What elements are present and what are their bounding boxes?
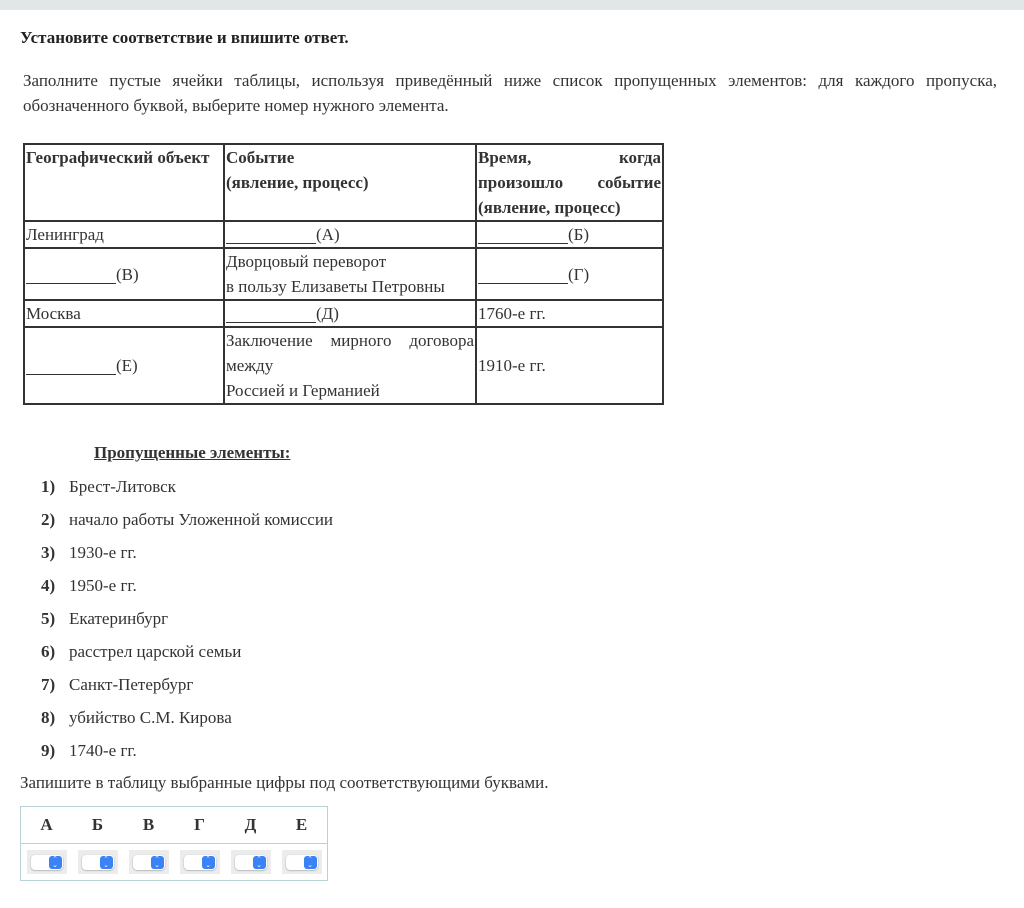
cell-event: Заключение мирного договора между Россие… <box>224 327 476 404</box>
matching-table: Географический объект Событие (явление, … <box>23 143 664 405</box>
list-item-number: 4) <box>41 576 69 596</box>
chevron-up-down-icon: ⌃⌄ <box>100 856 113 869</box>
header-object: Географический объект <box>24 144 224 221</box>
list-item-text: 1950-е гг. <box>69 576 137 595</box>
answer-cell: ⌃⌄ <box>21 844 73 881</box>
list-item: 8)убийство С.М. Кирова <box>41 708 333 741</box>
cell-event-blank: (Д) <box>224 300 476 327</box>
cell-object-blank: (Е) <box>24 327 224 404</box>
answer-select[interactable]: ⌃⌄ <box>129 850 169 874</box>
answer-select[interactable]: ⌃⌄ <box>78 850 118 874</box>
list-item: 9)1740-е гг. <box>41 741 333 774</box>
list-item-number: 3) <box>41 543 69 563</box>
cell-event: Дворцовый переворот в пользу Елизаветы П… <box>224 248 476 300</box>
answer-cell: ⌃⌄ <box>72 844 123 881</box>
list-item: 3)1930-е гг. <box>41 543 333 576</box>
answer-select[interactable]: ⌃⌄ <box>27 850 67 874</box>
list-item: 4)1950-е гг. <box>41 576 333 609</box>
answer-cell: ⌃⌄ <box>174 844 225 881</box>
select-box[interactable]: ⌃⌄ <box>133 855 165 870</box>
chevron-up-down-icon: ⌃⌄ <box>49 856 62 869</box>
answer-note: Запишите в таблицу выбранные цифры под с… <box>20 773 549 793</box>
list-item: 6)расстрел царской семьи <box>41 642 333 675</box>
list-item: 1)Брест-Литовск <box>41 477 333 510</box>
cell-object-blank: (В) <box>24 248 224 300</box>
answer-cell: ⌃⌄ <box>276 844 328 881</box>
select-box[interactable]: ⌃⌄ <box>184 855 216 870</box>
answer-select[interactable]: ⌃⌄ <box>231 850 271 874</box>
list-item-number: 2) <box>41 510 69 530</box>
task-title: Установите соответствие и впишите ответ. <box>20 28 349 48</box>
top-bar <box>0 0 1024 10</box>
cell-time-blank: (Г) <box>476 248 663 300</box>
list-item-text: 1930-е гг. <box>69 543 137 562</box>
answer-table: АБВГДЕ ⌃⌄⌃⌄⌃⌄⌃⌄⌃⌄⌃⌄ <box>20 806 328 881</box>
task-instruction: Заполните пустые ячейки таблицы, использ… <box>23 68 997 118</box>
answer-select[interactable]: ⌃⌄ <box>180 850 220 874</box>
list-item: 2)начало работы Уложенной комиссии <box>41 510 333 543</box>
answer-cell: ⌃⌄ <box>123 844 174 881</box>
list-item: 5)Екатеринбург <box>41 609 333 642</box>
chevron-up-down-icon: ⌃⌄ <box>304 856 317 869</box>
answer-letter-5: Д <box>225 807 276 844</box>
answer-letter-3: В <box>123 807 174 844</box>
select-box[interactable]: ⌃⌄ <box>31 855 63 870</box>
answer-selects-row: ⌃⌄⌃⌄⌃⌄⌃⌄⌃⌄⌃⌄ <box>21 844 328 881</box>
table-row: Ленинград (А) (Б) <box>24 221 663 248</box>
cell-object: Ленинград <box>24 221 224 248</box>
chevron-up-down-icon: ⌃⌄ <box>151 856 164 869</box>
answer-letter-4: Г <box>174 807 225 844</box>
select-box[interactable]: ⌃⌄ <box>82 855 114 870</box>
answer-letter-1: А <box>21 807 73 844</box>
chevron-up-down-icon: ⌃⌄ <box>202 856 215 869</box>
list-item-text: Санкт-Петербург <box>69 675 193 694</box>
cell-time: 1760-е гг. <box>476 300 663 327</box>
list-item-number: 6) <box>41 642 69 662</box>
table-row: (Е) Заключение мирного договора между Ро… <box>24 327 663 404</box>
select-box[interactable]: ⌃⌄ <box>235 855 267 870</box>
table-row: Москва (Д) 1760-е гг. <box>24 300 663 327</box>
list-item-text: Брест-Литовск <box>69 477 176 496</box>
select-box[interactable]: ⌃⌄ <box>286 855 318 870</box>
list-item-text: Екатеринбург <box>69 609 168 628</box>
header-time: Время,когда произошлособытие (явление, п… <box>476 144 663 221</box>
missing-elements-title: Пропущенные элементы: <box>94 443 290 463</box>
list-item-text: 1740-е гг. <box>69 741 137 760</box>
answer-cell: ⌃⌄ <box>225 844 276 881</box>
answer-select[interactable]: ⌃⌄ <box>282 850 322 874</box>
table-header-row: Географический объект Событие (явление, … <box>24 144 663 221</box>
list-item-text: расстрел царской семьи <box>69 642 241 661</box>
list-item-number: 1) <box>41 477 69 497</box>
list-item-text: начало работы Уложенной комиссии <box>69 510 333 529</box>
list-item-number: 8) <box>41 708 69 728</box>
list-item-number: 5) <box>41 609 69 629</box>
cell-object: Москва <box>24 300 224 327</box>
list-item-number: 9) <box>41 741 69 761</box>
header-event: Событие (явление, процесс) <box>224 144 476 221</box>
answer-letters-row: АБВГДЕ <box>21 807 328 844</box>
cell-time-blank: (Б) <box>476 221 663 248</box>
answer-letter-2: Б <box>72 807 123 844</box>
list-item-text: убийство С.М. Кирова <box>69 708 232 727</box>
missing-elements-list: 1)Брест-Литовск2)начало работы Уложенной… <box>41 477 333 774</box>
table-row: (В) Дворцовый переворот в пользу Елизаве… <box>24 248 663 300</box>
chevron-up-down-icon: ⌃⌄ <box>253 856 266 869</box>
cell-time: 1910-е гг. <box>476 327 663 404</box>
answer-letter-6: Е <box>276 807 328 844</box>
cell-event-blank: (А) <box>224 221 476 248</box>
list-item: 7)Санкт-Петербург <box>41 675 333 708</box>
list-item-number: 7) <box>41 675 69 695</box>
